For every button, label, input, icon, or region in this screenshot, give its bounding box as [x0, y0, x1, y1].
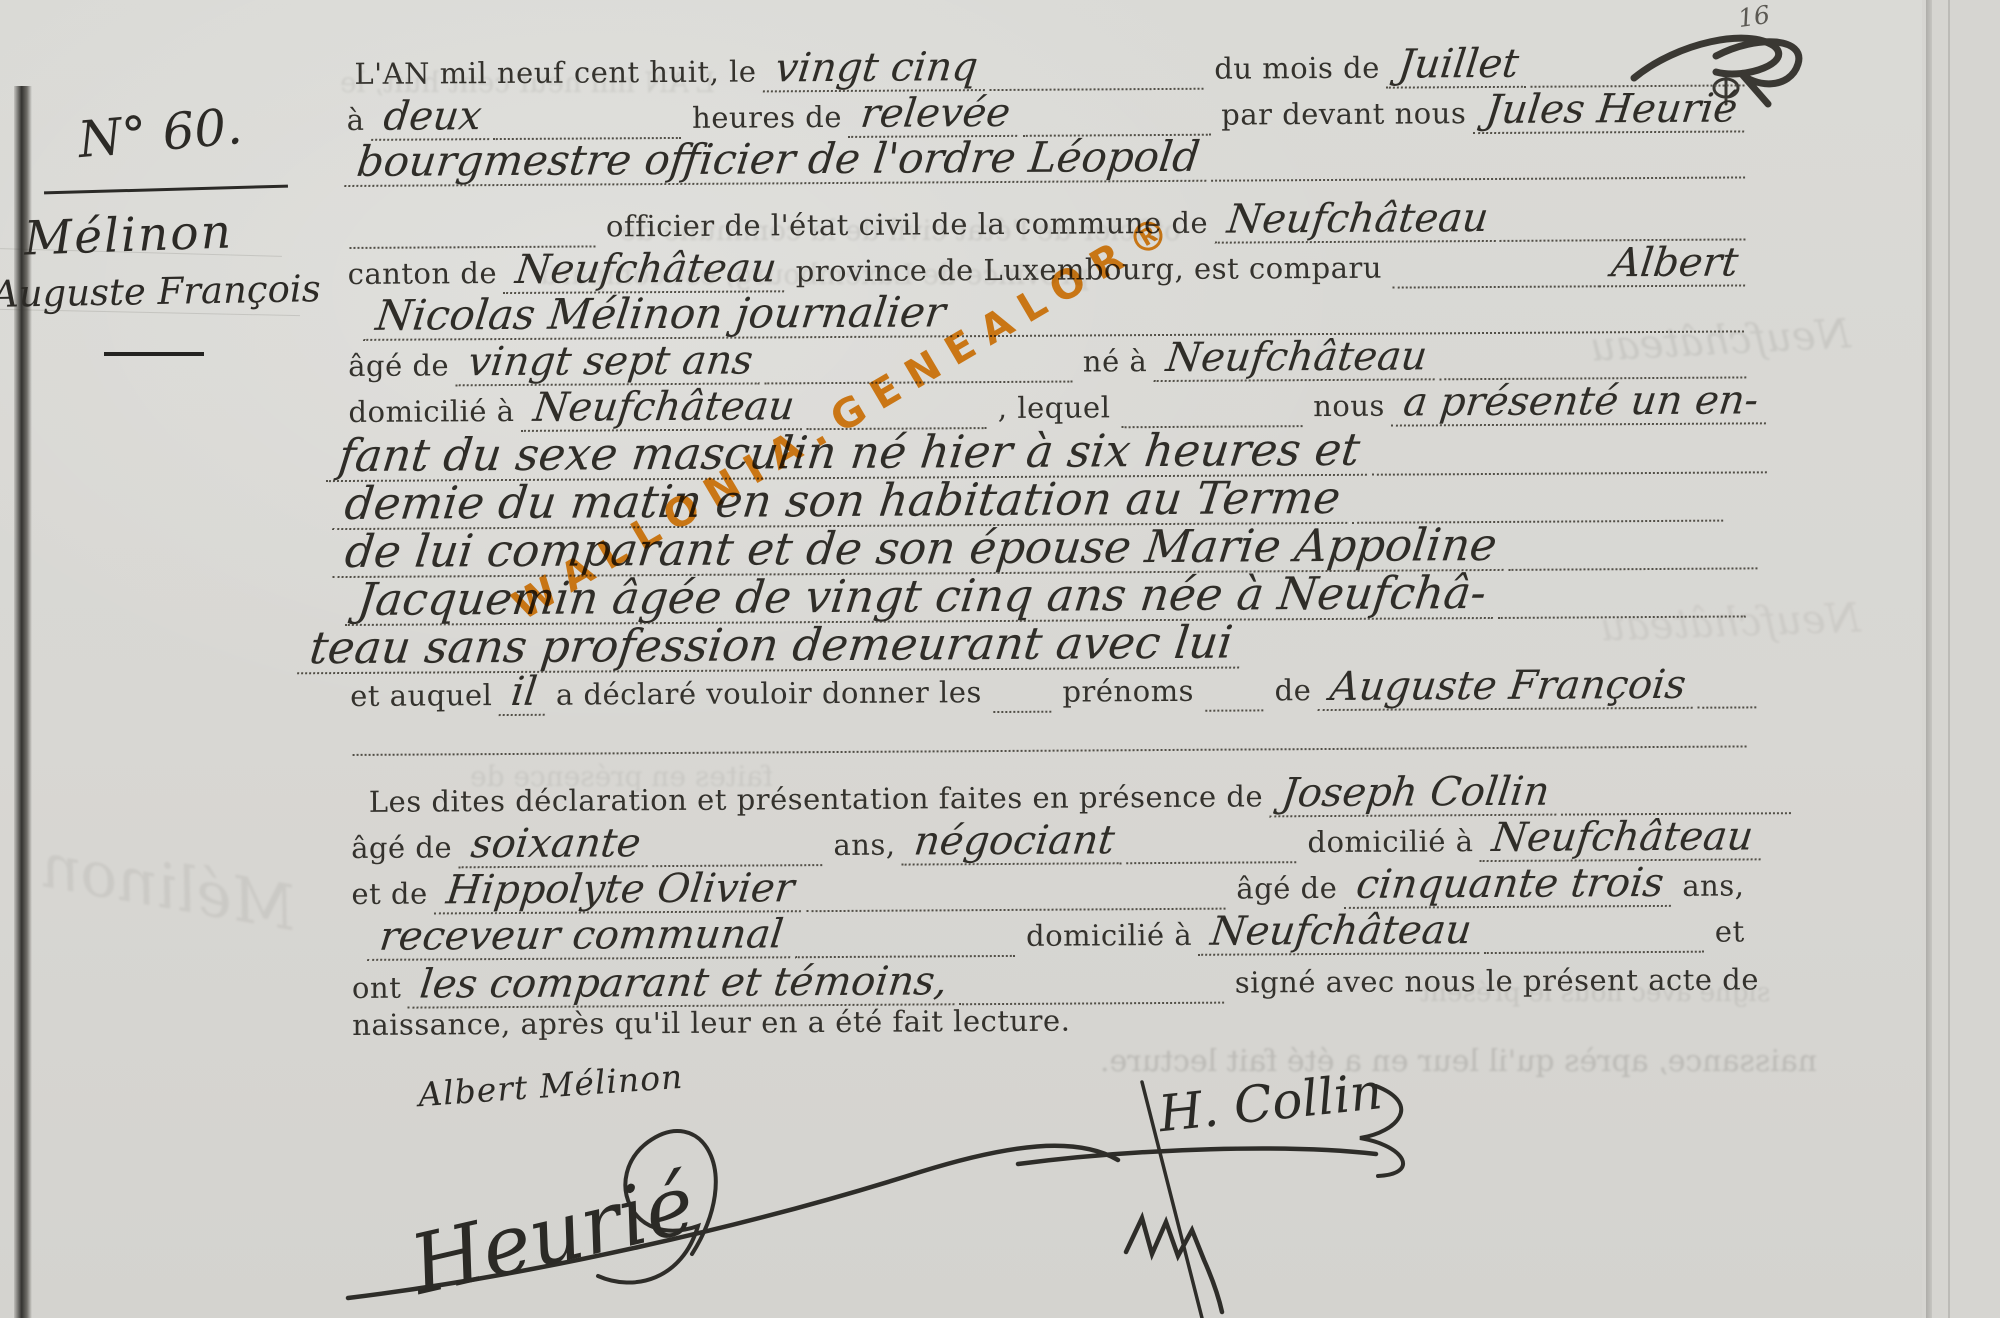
handwritten-entry: Neufchâteau	[1480, 815, 1766, 862]
printed-text: âgé de	[1236, 873, 1337, 904]
printed-text: Les dites déclaration et présentation fa…	[369, 781, 1263, 817]
dotted-rule	[1498, 614, 1746, 620]
handwritten-entry: teau sans profession demeurant avec lui	[297, 619, 1245, 675]
printed-text: ans,	[833, 830, 895, 861]
printed-text: nous	[1313, 391, 1385, 422]
act-line: et auquelila déclaré vouloir donner lesp…	[350, 663, 1758, 717]
dotted-rule	[795, 953, 1015, 958]
handwritten-entry: Joseph Collin	[1269, 771, 1561, 818]
signature-witness-collin: H. Collin	[1155, 1062, 1385, 1143]
printed-text: de	[1274, 675, 1311, 706]
printed-text: heures de	[692, 102, 842, 133]
printed-text: par devant nous	[1221, 98, 1466, 130]
printed-text: canton de	[348, 258, 498, 289]
handwritten-entry: Auguste François	[1318, 664, 1699, 711]
signatures-flourish: Heurié H. Collin	[230, 1040, 1480, 1318]
act-line: officier de l'état civil de la commune d…	[347, 195, 1747, 249]
printed-text: L'AN mil neuf cent huit, le	[354, 56, 756, 89]
dotted-rule	[353, 743, 1747, 756]
printed-text: âgé de	[351, 832, 452, 863]
dotted-rule	[1205, 707, 1264, 711]
handwritten-entry: Neufchâteau	[521, 385, 807, 432]
handwritten-entry: Albert	[1599, 241, 1750, 287]
handwritten-entry: négociant	[902, 819, 1127, 865]
handwritten-entry: deux	[371, 95, 494, 141]
handwritten-entry: Hippolyte Olivier	[434, 867, 807, 914]
printed-text: prénoms	[1062, 676, 1194, 707]
signature-officer: Heurié	[401, 1157, 704, 1315]
printed-text: ans,	[1682, 870, 1744, 901]
printed-text: domicilié à	[1307, 826, 1473, 857]
handwritten-entry: Neufchâteau	[1154, 335, 1440, 382]
printed-text: naissance, après qu'il leur en a été fai…	[352, 1006, 1070, 1041]
handwritten-entry: Juillet	[1386, 43, 1531, 89]
handwritten-entry: Neufchâteau	[1215, 197, 1501, 244]
handwritten-entry: Neufchâteau	[1198, 909, 1484, 956]
handwritten-entry: Nicolas Mélinon journalier	[363, 290, 958, 341]
printed-text: et	[1715, 916, 1745, 947]
handwritten-entry: il	[499, 671, 550, 716]
printed-text: a déclaré vouloir donner les	[556, 677, 982, 710]
act-line: bourgmestre officier de l'ordre Léopold	[347, 131, 1747, 187]
handwritten-entry: soixante	[458, 822, 653, 868]
handwritten-entry: vingt cinq	[763, 46, 990, 92]
printed-text: né à	[1083, 346, 1148, 377]
handwritten-entry: Neufchâteau	[503, 247, 789, 294]
printed-text: âgé de	[348, 350, 449, 381]
printed-text: , lequel	[998, 392, 1111, 423]
scanned-birth-record-page: 16 N° 60. Mélinon Auguste François L'AN …	[0, 0, 2000, 1318]
handwritten-entry: cinquante trois	[1344, 862, 1676, 909]
collin-underline-stroke	[1018, 1149, 1376, 1164]
printed-text: ont	[352, 973, 401, 1004]
scribble-signature-stroke	[1126, 1218, 1222, 1312]
printed-text: et de	[351, 879, 427, 910]
printed-text: à	[347, 105, 365, 136]
act-line: receveur communaldomicilié àNeufchâteaue…	[370, 907, 1754, 960]
printed-text: domicilié à	[1026, 920, 1192, 951]
printed-text: du mois de	[1214, 53, 1380, 84]
dotted-rule	[993, 709, 1052, 713]
handwritten-entry: a présenté un en-	[1391, 379, 1771, 426]
handwritten-entry: Jules Heurié	[1473, 87, 1750, 134]
dotted-rule	[1698, 704, 1757, 708]
printed-text: et auquel	[350, 680, 492, 711]
dotted-rule	[1484, 949, 1704, 954]
handwritten-entry: bourgmestre officier de l'ordre Léopold	[344, 135, 1212, 187]
act-line	[351, 743, 1749, 756]
act-line: ontles comparant et témoins,signé avec n…	[352, 955, 1768, 1009]
act-line: naissance, après qu'il leur en a été fai…	[352, 1004, 1252, 1040]
handwritten-entry: les comparant et témoins,	[408, 960, 960, 1008]
handwritten-entry: relevée	[848, 92, 1022, 138]
printed-text: signé avec nous le présent acte de	[1235, 964, 1759, 998]
handwritten-entry: vingt sept ans	[456, 339, 766, 386]
dotted-rule	[1211, 175, 1745, 182]
printed-text: domicilié à	[348, 396, 514, 427]
handwritten-entry: receveur communal	[367, 913, 795, 961]
act-line: et deHippolyte Olivierâgé decinquante tr…	[351, 861, 1753, 915]
